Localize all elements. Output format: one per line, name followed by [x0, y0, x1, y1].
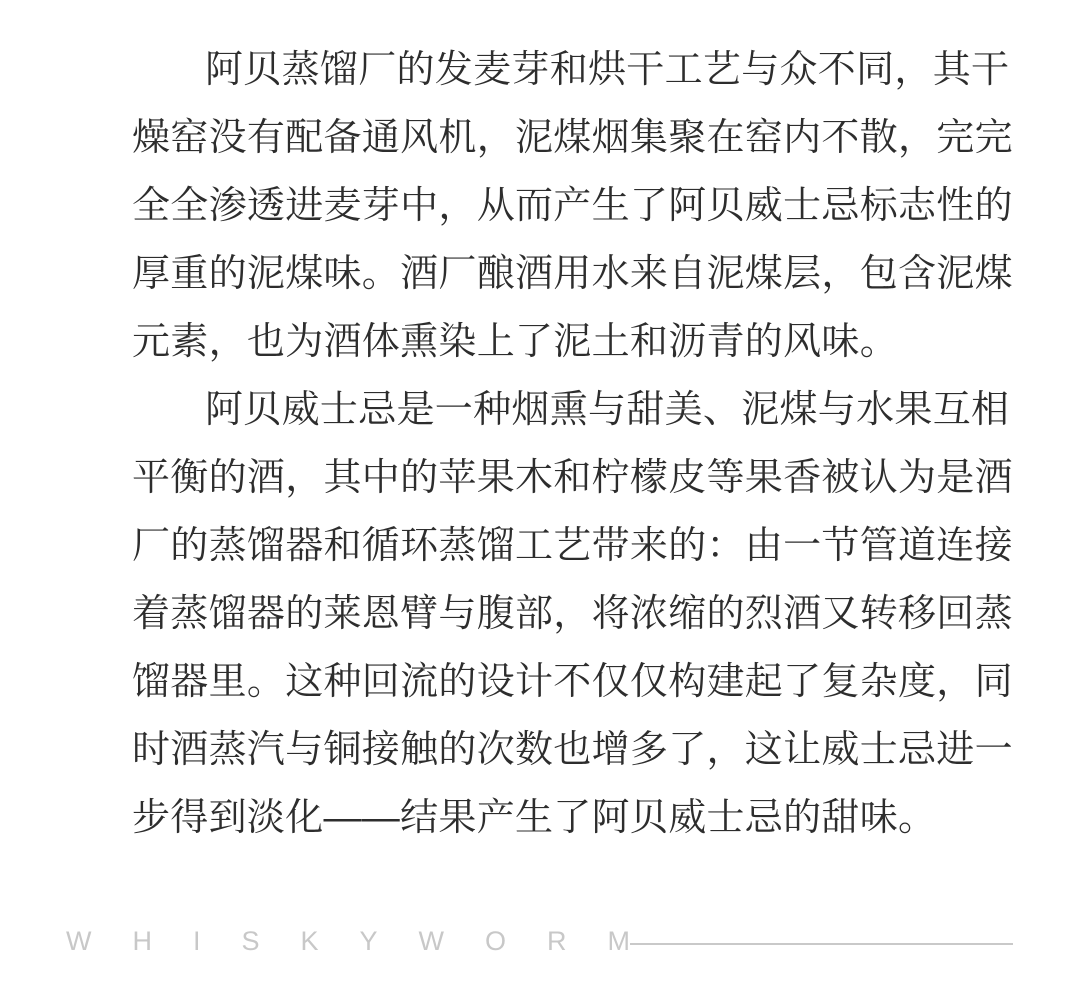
footer-rule	[630, 943, 1013, 945]
paragraph-line: 阿贝威士忌是一种烟熏与甜美、泥煤与水果互相	[132, 376, 1022, 444]
paragraph-line: 馏器里。这种回流的设计不仅仅构建起了复杂度，同	[132, 648, 1022, 716]
article-text: 阿贝蒸馏厂的发麦芽和烘干工艺与众不同，其干燥窑没有配备通风机，泥煤烟集聚在窑内不…	[132, 36, 1022, 852]
paragraph-line: 厚重的泥煤味。酒厂酿酒用水来自泥煤层，包含泥煤	[132, 240, 1022, 308]
paragraph-line: 全全渗透进麦芽中，从而产生了阿贝威士忌标志性的	[132, 172, 1022, 240]
paragraph-line: 着蒸馏器的莱恩臂与腹部，将浓缩的烈酒又转移回蒸	[132, 580, 1022, 648]
paragraph-line: 平衡的酒，其中的苹果木和柠檬皮等果香被认为是酒	[132, 444, 1022, 512]
paragraph-line: 元素，也为酒体熏染上了泥土和沥青的风味。	[132, 308, 1022, 376]
paragraph-line: 燥窑没有配备通风机，泥煤烟集聚在窑内不散，完完	[132, 104, 1022, 172]
paragraph-line: 阿贝蒸馏厂的发麦芽和烘干工艺与众不同，其干	[132, 36, 1022, 104]
paragraph-line: 厂的蒸馏器和循环蒸馏工艺带来的：由一节管道连接	[132, 512, 1022, 580]
paragraph: 阿贝蒸馏厂的发麦芽和烘干工艺与众不同，其干燥窑没有配备通风机，泥煤烟集聚在窑内不…	[132, 36, 1022, 376]
watermark-text: WHISKYWORM	[66, 928, 671, 955]
paragraph-line: 时酒蒸汽与铜接触的次数也增多了，这让威士忌进一	[132, 716, 1022, 784]
paragraph-line: 步得到淡化——结果产生了阿贝威士忌的甜味。	[132, 784, 1022, 852]
paragraph: 阿贝威士忌是一种烟熏与甜美、泥煤与水果互相平衡的酒，其中的苹果木和柠檬皮等果香被…	[132, 376, 1022, 852]
